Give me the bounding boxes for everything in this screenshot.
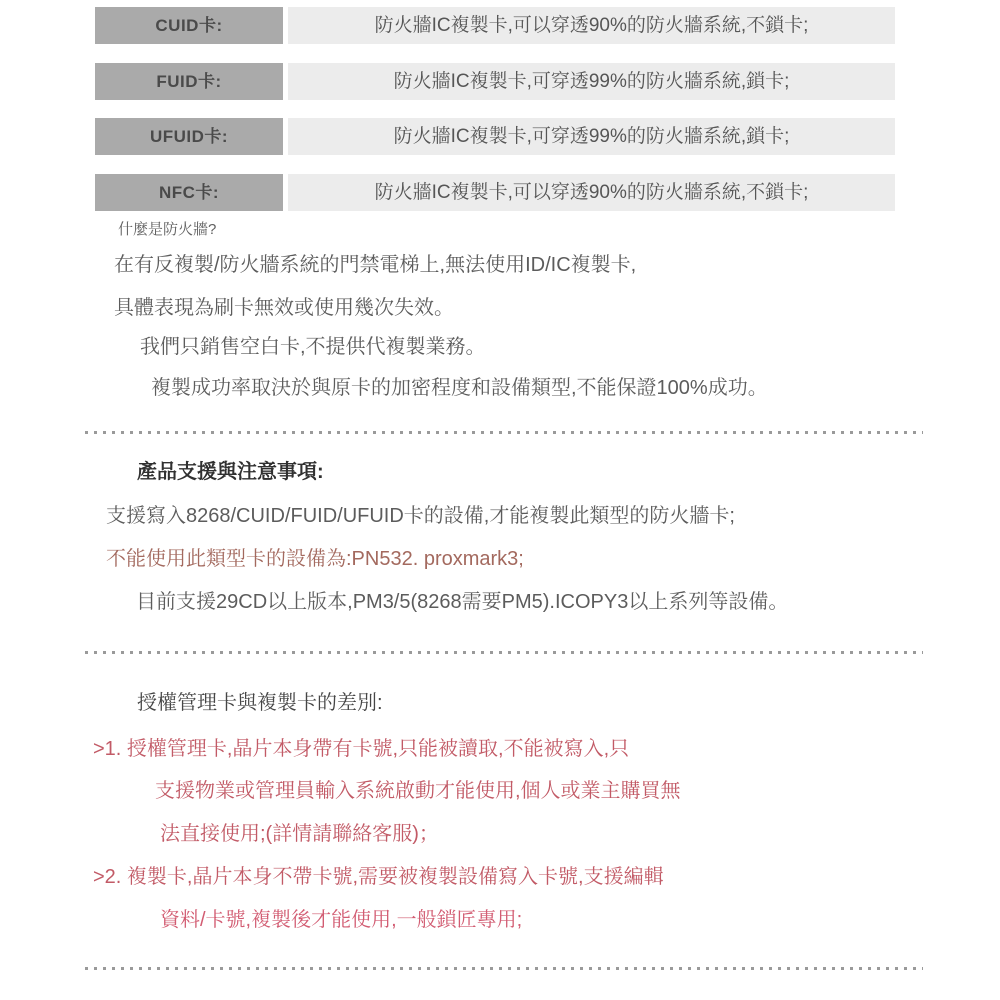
card-type-label: NFC卡: bbox=[95, 174, 283, 211]
card-type-label: CUID卡: bbox=[95, 7, 283, 44]
card-type-description: 防火牆IC複製卡,可穿透99%的防火牆系統,鎖卡; bbox=[288, 118, 895, 155]
difference-item-1-line-2: 支援物業或管理員輸入系統啟動才能使用,個人或業主購買無 bbox=[155, 780, 681, 802]
intro-line-2: 具體表現為刷卡無效或使用幾次失效。 bbox=[114, 297, 454, 319]
intro-line-1: 在有反複製/防火牆系統的門禁電梯上,無法使用ID/IC複製卡, bbox=[114, 254, 636, 276]
card-type-label: FUID卡: bbox=[95, 63, 283, 100]
dashed-divider bbox=[85, 967, 923, 970]
dashed-divider bbox=[85, 431, 923, 434]
card-type-description: 防火牆IC複製卡,可以穿透90%的防火牆系統,不鎖卡; bbox=[288, 174, 895, 211]
card-type-description: 防火牆IC複製卡,可以穿透90%的防火牆系統,不鎖卡; bbox=[288, 7, 895, 44]
firewall-question: 什麼是防火牆? bbox=[118, 221, 216, 238]
difference-item-1-line-1: >1. 授權管理卡,晶片本身帶有卡號,只能被讀取,不能被寫入,只 bbox=[93, 738, 629, 760]
support-line-3: 目前支援29CD以上版本,PM3/5(8268需要PM5).ICOPY3以上系列… bbox=[136, 591, 788, 613]
difference-item-2-line-1: >2. 複製卡,晶片本身不帶卡號,需要被複製設備寫入卡號,支援編輯 bbox=[93, 866, 664, 888]
card-type-label: UFUID卡: bbox=[95, 118, 283, 155]
support-section-heading: 產品支援與注意事項: bbox=[137, 461, 324, 483]
intro-line-4: 複製成功率取決於與原卡的加密程度和設備類型,不能保證100%成功。 bbox=[151, 377, 768, 399]
intro-line-3: 我們只銷售空白卡,不提供代複製業務。 bbox=[140, 336, 486, 358]
support-line-2-warning: 不能使用此類型卡的設備為:PN532. proxmark3; bbox=[106, 548, 524, 570]
support-line-1: 支援寫入8268/CUID/FUID/UFUID卡的設備,才能複製此類型的防火牆… bbox=[106, 505, 735, 527]
dashed-divider bbox=[85, 651, 923, 654]
card-type-description: 防火牆IC複製卡,可穿透99%的防火牆系統,鎖卡; bbox=[288, 63, 895, 100]
difference-item-2-line-2: 資料/卡號,複製後才能使用,一般鎖匠專用; bbox=[160, 909, 522, 931]
difference-section-heading: 授權管理卡與複製卡的差別: bbox=[137, 692, 383, 714]
difference-item-1-line-3: 法直接使用;(詳情請聯絡客服)； bbox=[160, 823, 439, 845]
product-description-page: CUID卡: 防火牆IC複製卡,可以穿透90%的防火牆系統,不鎖卡; FUID卡… bbox=[0, 0, 1000, 1000]
